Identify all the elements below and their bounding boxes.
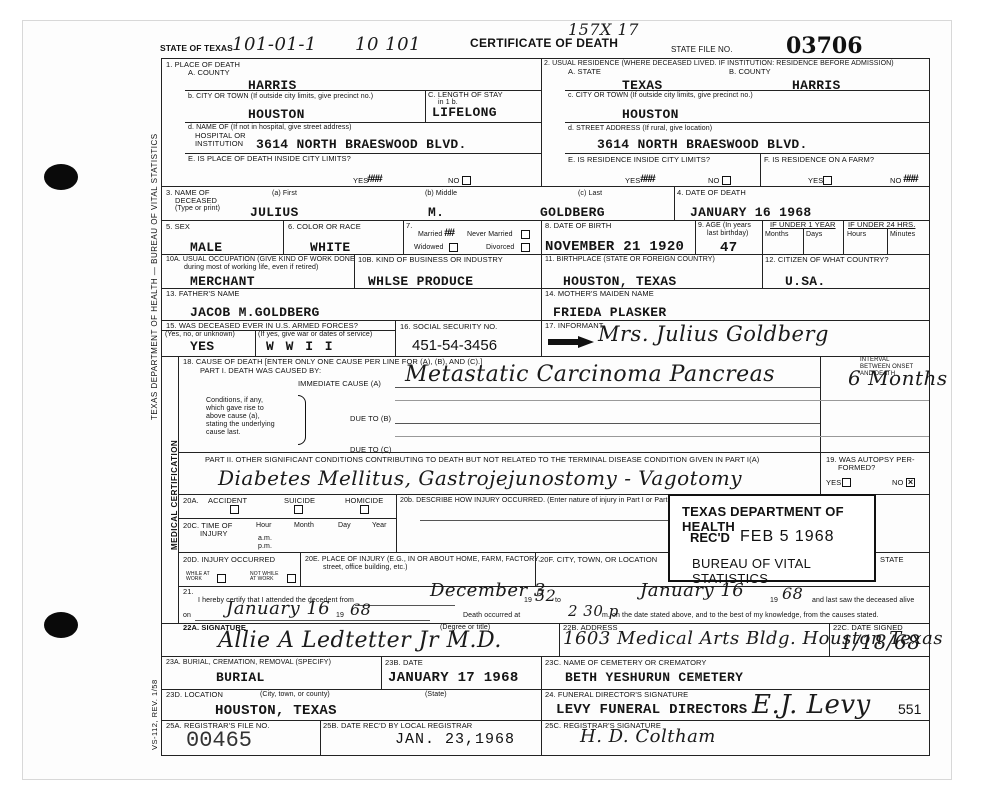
name-label3: (Type or print) — [175, 205, 220, 213]
place-of-injury-label2: street, office building, etc.) — [323, 564, 408, 572]
injury-occurred-label: 20d. INJURY OCCURRED — [183, 556, 275, 564]
sex-label: 5. SEX — [166, 223, 190, 231]
registrar-date-label: 25b. DATE REC'D BY LOCAL REGISTRAR — [323, 722, 472, 730]
checkbox-no[interactable] — [722, 176, 731, 185]
state-file-number: 03706 — [786, 33, 863, 59]
checkbox-autopsy-yes[interactable] — [842, 478, 851, 487]
funeral-director-signature: E.J. Levy — [752, 690, 871, 720]
attended-to-date: January 16 — [640, 580, 744, 601]
yes-label: YES — [808, 177, 823, 185]
burial-location: HOUSTON, TEXAS — [215, 703, 337, 719]
date-signed: 1/18/68 — [840, 630, 921, 654]
part2-label: PART II. OTHER SIGNIFICANT CONDITIONS CO… — [205, 456, 759, 464]
month-label: Month — [294, 522, 314, 530]
handwritten-code: 10 101 — [355, 34, 421, 55]
business-label: 10b. KIND OF BUSINESS OR INDUSTRY — [358, 256, 503, 264]
hour-label: Hour — [256, 522, 272, 530]
immediate-cause-label: IMMEDIATE CAUSE (a) — [298, 380, 381, 388]
city-label: b. CITY OR TOWN (If outside city limits,… — [188, 93, 373, 101]
location-sub1: (City, town, or county) — [260, 691, 330, 699]
checkbox-farm-yes[interactable] — [823, 176, 832, 185]
describe-injury-label: 20b. DESCRIBE HOW INJURY OCCURRED. (Ente… — [400, 497, 712, 505]
citizenship: U.SA. — [785, 274, 826, 289]
mother-name: FRIEDA PLASKER — [553, 305, 666, 320]
no-label: NO — [448, 177, 459, 185]
funeral-director-number: 551 — [898, 701, 921, 717]
state-file-label: STATE FILE NO. — [671, 46, 733, 54]
funeral-director: LEVY FUNERAL DIRECTORS — [556, 702, 747, 718]
part1-label: PART I. DEATH WAS CAUSED BY: — [200, 367, 321, 375]
armed-forces: YES — [190, 339, 214, 354]
no-label: NO — [708, 177, 719, 185]
sex: MALE — [190, 240, 222, 255]
occupation: MERCHANT — [190, 274, 255, 289]
punch-hole — [44, 612, 78, 638]
length-of-stay: LIFELONG — [432, 105, 497, 120]
place-of-injury-label: 20e. PLACE OF INJURY (e.g., in or about … — [305, 556, 540, 564]
inside-city-label: e. IS PLACE OF DEATH INSIDE CITY LIMITS? — [188, 155, 351, 163]
res-inside-label: e. IS RESIDENCE INSIDE CITY LIMITS? — [568, 156, 710, 164]
homicide-label: HOMICIDE — [345, 497, 383, 505]
res-city-label: c. CITY OR TOWN (If outside city limits,… — [568, 92, 753, 100]
checkbox-while-at-work[interactable] — [217, 574, 226, 583]
yes-label: YES — [625, 177, 640, 185]
residence-city: HOUSTON — [622, 107, 679, 122]
to-text: to — [555, 597, 561, 605]
race: WHITE — [310, 240, 351, 255]
first-label: (a) First — [272, 190, 297, 198]
last-seen-date: January 16 — [226, 598, 330, 619]
farm-label: f. IS RESIDENCE ON A FARM? — [764, 156, 874, 164]
under-day-label: IF UNDER 24 HRS. — [848, 221, 915, 229]
conditions-note: Conditions, if any, which gave rise to a… — [206, 397, 276, 437]
minutes-label: Minutes — [890, 231, 915, 239]
hospital-label3: INSTITUTION — [195, 140, 243, 148]
date-of-birth: NOVEMBER 21 1920 — [545, 239, 684, 255]
cemetery-label: 23c. NAME OF CEMETERY OR CREMATORY — [545, 659, 707, 667]
burial-method-label: 23a. BURIAL, CREMATION, REMOVAL (Specify… — [166, 659, 331, 667]
middle-name: M. — [428, 205, 444, 220]
pm-label: p.m. — [258, 543, 272, 551]
checkbox-no[interactable] — [462, 176, 471, 185]
mother-label: 14. MOTHER'S MAIDEN NAME — [545, 290, 654, 298]
location-label: 23d. LOCATION — [166, 691, 223, 699]
other-conditions: Diabetes Mellitus, Gastrojejunostomy - V… — [218, 466, 742, 490]
due-to-b-label: DUE TO (b) — [350, 415, 391, 423]
father-name: JACOB M.GOLDBERG — [190, 305, 320, 320]
informant-label: 17. INFORMANT — [545, 322, 603, 330]
birthplace: HOUSTON, TEXAS — [563, 274, 676, 289]
checkbox-autopsy-no[interactable]: × — [906, 478, 915, 487]
last-label: (c) Last — [578, 190, 602, 198]
death-at-text: Death occurred at — [463, 612, 520, 620]
funeral-director-label: 24. FUNERAL DIRECTOR'S SIGNATURE — [545, 691, 688, 699]
checkbox-homicide[interactable] — [360, 505, 369, 514]
county-label: a. COUNTY — [188, 69, 230, 77]
last-seen-year: 68 — [350, 600, 371, 619]
first-name: JULIUS — [250, 205, 299, 220]
registrar-signature: H. D. Coltham — [580, 726, 716, 747]
department-side-label: TEXAS DEPARTMENT OF HEALTH — BUREAU OF V… — [150, 133, 159, 420]
received-stamp: TEXAS DEPARTMENT OF HEALTH REC'D FEB 5 1… — [668, 494, 876, 582]
attended-to-year: 68 — [782, 584, 803, 603]
cert-tail-text: m. on the date stated above, and to the … — [602, 612, 879, 620]
no-label: NO — [892, 479, 903, 487]
age-label: 9. AGE (In years — [698, 222, 751, 230]
day-label: Day — [338, 522, 351, 530]
age-label2: last birthday) — [707, 230, 748, 238]
autopsy-label2: FORMED? — [838, 464, 875, 472]
year-prefix: 19 — [524, 597, 532, 605]
registrar-file-number: 00465 — [186, 728, 252, 753]
handwritten-code: 101-01-1 — [232, 34, 317, 55]
stamp-recd: REC'D — [690, 530, 730, 545]
months-label: Months — [765, 231, 789, 239]
year-prefix: 19 — [770, 597, 778, 605]
death-city: HOUSTON — [248, 107, 305, 122]
burial-date-label: 23b. DATE — [385, 659, 423, 667]
yes-label: YES — [826, 479, 841, 487]
burial-date: JANUARY 17 1968 — [388, 670, 519, 686]
attended-from-year: 52 — [535, 586, 556, 605]
armed-sub-label: (Yes, no, or unknown) — [165, 331, 235, 339]
checkbox-widowed[interactable] — [449, 243, 458, 252]
checkbox-suicide[interactable] — [294, 505, 303, 514]
res-street-label: d. STREET ADDRESS (If rural, give locati… — [568, 125, 712, 133]
on-text: on — [183, 612, 191, 620]
business: WHLSE PRODUCE — [368, 274, 473, 289]
informant-signature: Mrs. Julius Goldberg — [598, 322, 829, 346]
widowed-label: Widowed — [414, 244, 444, 252]
am-label: a.m. — [258, 535, 272, 543]
form-number-label: VS-112, REV. 1/58 — [150, 679, 159, 750]
never-married-label: Never Married — [467, 231, 513, 239]
checkbox-accident[interactable] — [230, 505, 239, 514]
interval: 6 Months — [848, 366, 948, 390]
injury-type-label: 20a. — [183, 497, 199, 505]
last-saw-text: and last saw the deceased alive — [812, 597, 914, 605]
location-sub2: (State) — [425, 691, 447, 699]
no-label: NO — [890, 177, 901, 185]
time-label2: INJURY — [200, 530, 228, 538]
while-work-label: WHILE AT WORK — [186, 572, 210, 582]
race-label: 6. COLOR OR RACE — [288, 223, 361, 231]
residence-street: 3614 NORTH BRAESWOOD BLVD. — [597, 137, 808, 152]
checkbox-not-at-work[interactable] — [287, 574, 296, 583]
cemetery-name: BETH YESHURUN CEMETERY — [565, 670, 743, 685]
date-of-death: JANUARY 16 1968 — [690, 205, 812, 220]
birthplace-label: 11. BIRTHPLACE (State or foreign country… — [545, 256, 715, 264]
checked-farm-no-mark[interactable]: ### — [903, 174, 917, 186]
checked-yes-mark[interactable]: ### — [367, 174, 381, 186]
state-label: STATE OF TEXAS — [160, 44, 233, 52]
social-security-number: 451-54-3456 — [412, 337, 497, 354]
occupation-label2: during most of working life, even if ret… — [184, 264, 318, 272]
suicide-label: SUICIDE — [284, 497, 315, 505]
dod-label: 4. DATE OF DEATH — [677, 189, 746, 197]
accident-label: ACCIDENT — [208, 497, 247, 505]
res-county-label: b. COUNTY — [729, 68, 771, 76]
married-label: Married — [418, 231, 442, 239]
days-label: Days — [806, 231, 822, 239]
checkbox-divorced[interactable] — [521, 243, 530, 252]
armed-forces-label: 15. WAS DECEASED EVER IN U.S. ARMED FORC… — [166, 322, 358, 330]
dob-label: 8. DATE OF BIRTH — [545, 222, 611, 230]
war-sub-label: (If yes, give war or dates of service) — [258, 331, 372, 339]
death-address: 3614 NORTH BRAESWOOD BLVD. — [256, 137, 467, 152]
marital-label: 7. — [406, 222, 412, 230]
physician-signature: Allie A Ledtetter Jr M.D. — [218, 628, 502, 653]
punch-hole — [44, 164, 78, 190]
year-prefix: 19 — [336, 612, 344, 620]
stamp-date: FEB 5 1968 — [740, 528, 835, 546]
divorced-label: Divorced — [486, 244, 514, 252]
year-label: Year — [372, 522, 387, 530]
occupation-label: 10a. USUAL OCCUPATION (Give kind of work… — [166, 256, 355, 264]
injury-city-label: 20f. CITY, TOWN, OR LOCATION — [540, 556, 657, 564]
war-service: W W I I — [266, 339, 335, 354]
citizen-label: 12. CITIZEN OF WHAT COUNTRY? — [765, 256, 889, 264]
res-state-label: a. STATE — [568, 68, 601, 76]
stay-label: c. LENGTH OF STAY — [428, 91, 503, 99]
checked-yes-mark[interactable]: ### — [640, 174, 654, 186]
registrar-date: JAN. 23,1968 — [395, 731, 515, 748]
arrow-icon — [548, 336, 594, 348]
cert-num: 21. — [183, 588, 194, 596]
last-name: GOLDBERG — [540, 205, 605, 220]
ssn-label: 16. SOCIAL SECURITY NO. — [400, 323, 497, 331]
not-work-label: NOT WHILE AT WORK — [250, 572, 280, 582]
hours-label: Hours — [847, 231, 866, 239]
burial-method: BURIAL — [216, 670, 265, 685]
checked-married-mark[interactable]: ## — [444, 228, 453, 240]
checkbox-never-married[interactable] — [521, 230, 530, 239]
immediate-cause: Metastatic Carcinoma Pancreas — [405, 362, 775, 387]
document-title: CERTIFICATE OF DEATH — [470, 36, 618, 50]
injury-state-label: STATE — [880, 556, 904, 564]
father-label: 13. FATHER'S NAME — [166, 290, 239, 298]
middle-label: (b) Middle — [425, 190, 457, 198]
name-label2: DECEASED — [175, 197, 217, 205]
